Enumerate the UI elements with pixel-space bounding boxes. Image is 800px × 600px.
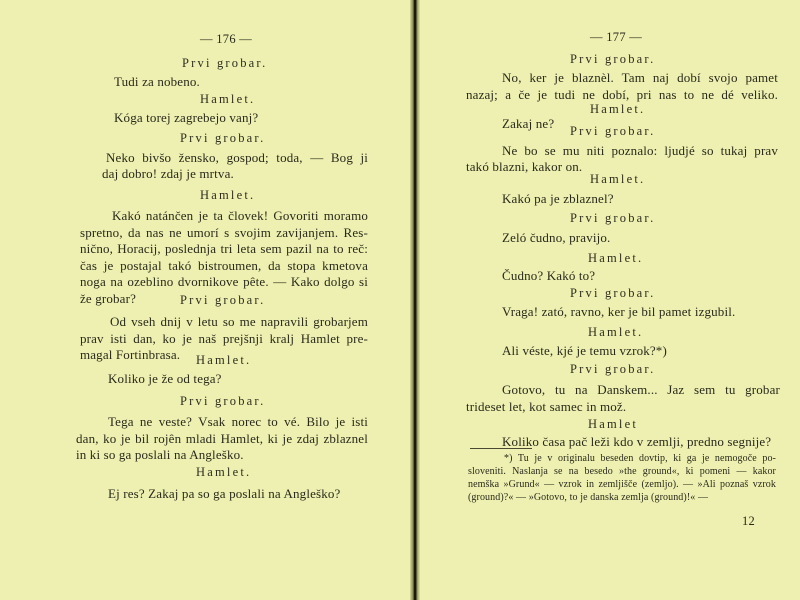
speaker-label: Hamlet.	[200, 92, 255, 107]
speaker-label: Hamlet.	[196, 465, 251, 480]
speaker-label: Hamlet.	[200, 188, 255, 203]
page-number: — 177 —	[590, 30, 642, 45]
text-line: Zeló čudno, pravijo.	[502, 230, 610, 246]
text-line: Koliko je že od tega?	[108, 371, 222, 387]
speaker-label: Prvi grobar.	[570, 362, 655, 377]
speaker-label: Prvi grobar.	[180, 394, 265, 409]
text-line: že grobar?	[80, 291, 136, 307]
text-line: čas je postajal takó bistroumen, da stop…	[80, 258, 368, 274]
speaker-label: Prvi grobar.	[570, 211, 655, 226]
text-line: Čudno? Kakó to?	[502, 268, 595, 284]
speaker-label: Prvi grobar.	[570, 124, 655, 139]
speaker-label: Hamlet.	[590, 172, 645, 187]
footnote-line: (ground)?« — »Gotovo, to je danska zemlj…	[468, 492, 708, 503]
footnote-rule	[470, 448, 532, 449]
text-line: Neko bivšo žensko, gospod; toda, — Bog j…	[106, 150, 368, 166]
speaker-label: Prvi grobar.	[182, 56, 267, 71]
text-line: Koliko časa pač leži kdo v zemlji, predn…	[502, 434, 771, 450]
text-line: Ne bo se mu niti poznalo: ljudjé so tuka…	[502, 143, 778, 159]
speaker-label: Hamlet.	[588, 325, 643, 340]
speaker-label: Hamlet.	[588, 251, 643, 266]
text-line: Vraga! zató, ravno, ker je bil pamet izg…	[502, 304, 735, 320]
text-line: Kakó natánčen je ta človek! Govoriti mor…	[112, 208, 368, 224]
signature-mark: 12	[742, 514, 755, 529]
footnote-line: nemška »Grund« — vzrok in zemljišče (zem…	[468, 479, 776, 490]
footnote-line: sloveniti. Naslanja se na besedo »the gr…	[468, 466, 776, 477]
text-line: dan, ko je bil rojên mladi Hamlet, ki je…	[76, 431, 368, 447]
text-line: prav isti dan, ko je naš prejšnji kralj …	[80, 331, 368, 347]
text-line: Gotovo, tu na Danskem... Jaz sem tu grob…	[502, 382, 780, 398]
text-line: Tega ne veste? Vsak norec to vé. Bilo je…	[108, 414, 368, 430]
book-gutter	[410, 0, 420, 600]
text-line: Ali véste, kjé je temu vzrok?*)	[502, 343, 667, 359]
text-line: Kóga torej zagrebejo vanj?	[114, 110, 258, 126]
footnote-line: *) Tu je v originalu beseden dovtip, ki …	[504, 453, 776, 464]
text-line: takó blazni, kakor on.	[466, 159, 582, 175]
text-line: nazaj; a če je tudi ne dobí, pri nas to …	[466, 87, 778, 103]
text-line: in ki so ga poslali na Angleško.	[76, 447, 244, 463]
speaker-label: Hamlet.	[196, 353, 251, 368]
text-line: Tudi za nobeno.	[114, 74, 200, 90]
speaker-label: Hamlet	[588, 417, 638, 432]
text-line: Od vseh dnij v letu so me napravili grob…	[110, 314, 368, 330]
speaker-label: Prvi grobar.	[180, 293, 265, 308]
text-line: Ej res? Zakaj pa so ga poslali na Angleš…	[108, 486, 340, 502]
right-page: — 177 — Prvi grobar. No, ker je blaznèl.…	[420, 0, 800, 600]
speaker-label: Prvi grobar.	[180, 131, 265, 146]
left-page: — 176 — Prvi grobar. Tudi za nobeno. Ham…	[0, 0, 410, 600]
text-line: Kakó pa je zblaznel?	[502, 191, 614, 207]
text-line: spretno, da nas ne umorí s svojim zavija…	[80, 225, 368, 241]
page-number: — 176 —	[200, 32, 252, 47]
book-spread: — 176 — Prvi grobar. Tudi za nobeno. Ham…	[0, 0, 800, 600]
speaker-label: Prvi grobar.	[570, 286, 655, 301]
text-line: trideset let, kot samec in mož.	[466, 399, 626, 415]
text-line: nično, Horacij, poslednja tri leta sem p…	[80, 241, 368, 257]
text-line: magal Fortinbrasa.	[80, 347, 180, 363]
speaker-label: Prvi grobar.	[570, 52, 655, 67]
speaker-label: Hamlet.	[590, 102, 645, 117]
text-line: noga na ozeblino dvornikove pête. — Kako…	[80, 274, 368, 290]
text-line: Zakaj ne?	[502, 116, 554, 132]
text-line: No, ker je blaznèl. Tam naj dobí svojo p…	[502, 70, 778, 86]
text-line: daj dobro! zdaj je mrtva.	[102, 166, 234, 182]
